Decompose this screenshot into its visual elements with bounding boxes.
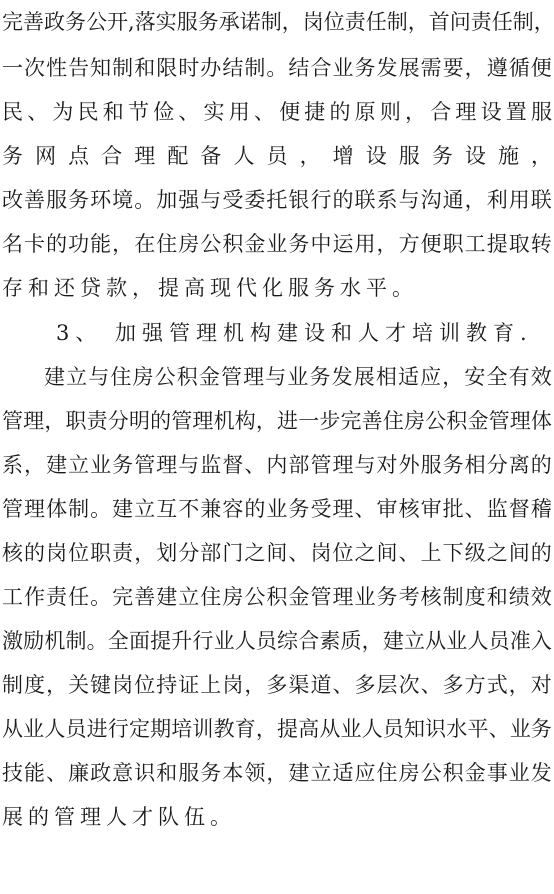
text-line: 存和还贷款，提高现代化服务水平。 [0,266,554,310]
text-line: 务网点合理配备人员，增设服务设施， [0,134,554,178]
text-line: 管理体制。建立互不兼容的业务受理、审核审批、监督稽 [0,487,554,531]
text-line: 管理，职责分明的管理机构，进一步完善住房公积金管理体 [0,399,554,443]
text-line: 技能、廉政意识和服务本领，建立适应住房公积金事业发 [0,751,554,795]
text-line: 民、为民和节俭、实用、便捷的原则，合理设置服 [0,90,554,134]
text-line: 制度，关键岗位持证上岗，多渠道、多层次、多方式，对 [0,663,554,707]
text-line: 改善服务环境。加强与受委托银行的联系与沟通，利用联 [0,178,554,222]
section-heading: 3、 加强管理机构建设和人才培训教育. [0,311,554,355]
text-line: 激励机制。全面提升行业人员综合素质，建立从业人员准入 [0,619,554,663]
text-line: 一次性告知制和限时办结制。结合业务发展需要，遵循便 [0,46,554,90]
text-line: 工作责任。完善建立住房公积金管理业务考核制度和绩效 [0,575,554,619]
text-line: 核的岗位职责，划分部门之间、岗位之间、上下级之间的 [0,531,554,575]
text-line: 系，建立业务管理与监督、内部管理与对外服务相分离的 [0,443,554,487]
text-line: 从业人员进行定期培训教育，提高从业人员知识水平、业务 [0,707,554,751]
text-line: 完善政务公开,落实服务承诺制，岗位责任制，首问责任制， [0,0,554,44]
text-line: 建立与住房公积金管理与业务发展相适应，安全有效 [0,355,554,399]
text-line: 名卡的功能，在住房公积金业务中运用，方便职工提取转 [0,222,554,266]
text-line: 展的管理人才队伍。 [0,795,554,839]
